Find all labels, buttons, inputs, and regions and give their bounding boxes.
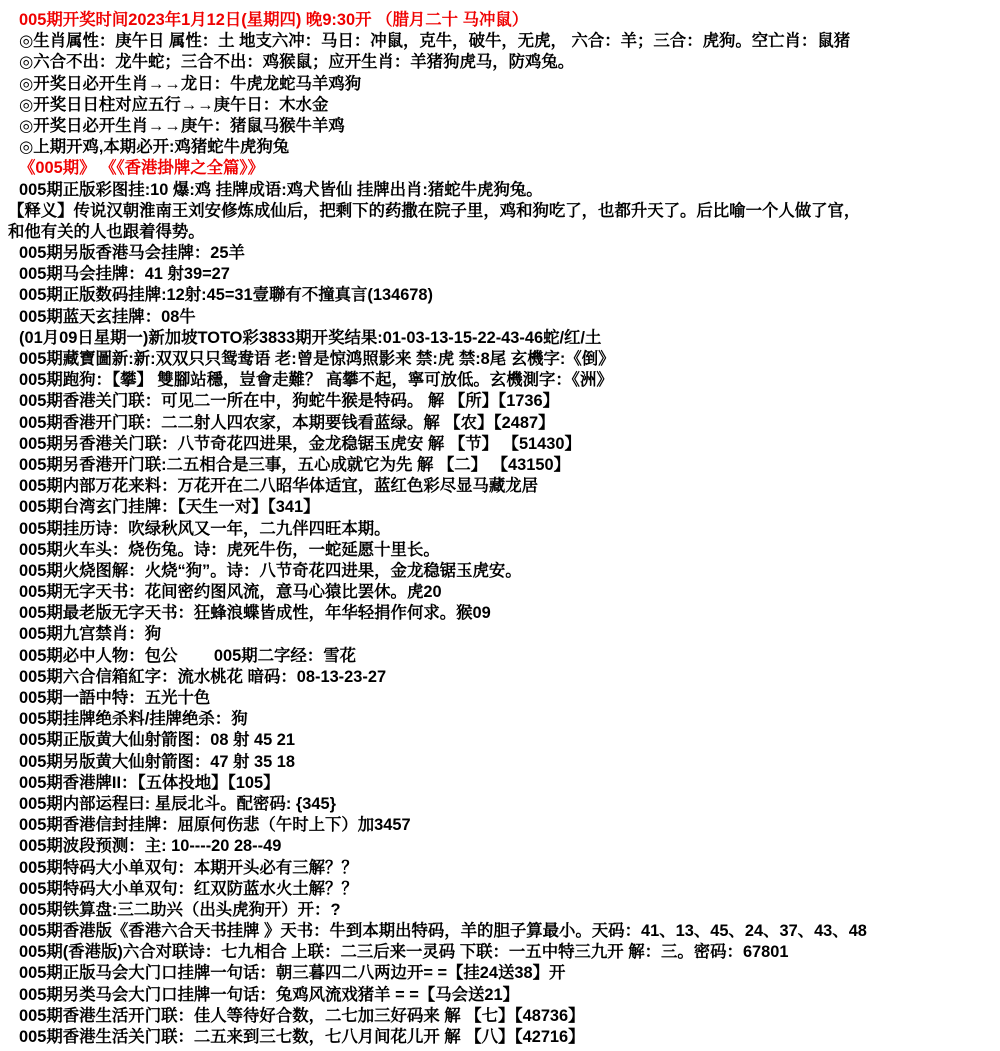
text-line: 005期正版彩图挂:10 爆:鸡 挂牌成语:鸡犬皆仙 挂牌出肖:猪蛇牛虎狗兔。: [19, 180, 1000, 201]
text-content: 005期开奖时间2023年1月12日(星期四) 晚9:30开 （腊月二十 马冲鼠…: [19, 10, 1000, 1048]
text-line: 005期跑狗：【攀】 雙腳站穩，豈會走難？ 高攀不起，寧可放低。玄機測字：《洲》: [19, 370, 1000, 391]
text-line: 005期挂牌绝杀料/挂牌绝杀：狗: [19, 709, 1000, 730]
text-line: ◎六合不出：龙牛蛇；三合不出：鸡猴鼠；应开生肖：羊猪狗虎马，防鸡兔。: [19, 52, 1000, 73]
heading-line: 《005期》 《《香港掛牌之全篇》》: [19, 158, 1000, 179]
text-line: 005期特码大小单双句：红双防蓝水火土解？？: [19, 879, 1000, 900]
text-line: 005期必中人物：包公 005期二字经：雪花: [19, 646, 1000, 667]
text-line: 005期无字天书：花间密约图风流，意马心猿比罢休。虎20: [19, 582, 1000, 603]
text-line: 005期正版马会大门口挂牌一句话：朝三暮四二八两边开= =【挂24送38】开: [19, 963, 1000, 984]
text-line: 005期蓝天玄挂牌：08牛: [19, 307, 1000, 328]
text-line: ◎开奖日日柱对应五行→→庚午日：木水金: [19, 95, 1000, 116]
text-line: 005期波段预测：主: 10----20 28--49: [19, 836, 1000, 857]
text-line: 005期九宫禁肖：狗: [19, 624, 1000, 645]
text-line: 005期香港生活关门联：二五来到三七数，七八月间花儿开 解 【八】【42716】: [19, 1027, 1000, 1048]
text-line: 005期另版黄大仙射箭图：47 射 35 18: [19, 752, 1000, 773]
text-line: ◎开奖日必开生肖→→龙日：牛虎龙蛇马羊鸡狗: [19, 74, 1000, 95]
text-line: 005期香港开门联：二二射人四农家，本期要钱看蓝绿。解 【农】【2487】: [19, 413, 1000, 434]
text-line: 005期六合信箱紅字：流水桃花 暗码：08-13-23-27: [19, 667, 1000, 688]
text-line: ◎生肖属性：庚午日 属性：土 地支六冲：马日：冲鼠，克牛，破牛，无虎， 六合：羊…: [19, 31, 1000, 52]
text-line: 005期火车头：烧伤兔。诗：虎死牛伤，一蛇延愿十里长。: [19, 540, 1000, 561]
text-line: 005期马会挂牌：41 射39=27: [19, 264, 1000, 285]
heading-line: 005期开奖时间2023年1月12日(星期四) 晚9:30开 （腊月二十 马冲鼠…: [19, 10, 1000, 31]
text-line: 005期香港牌II：【五体投地】【105】: [19, 773, 1000, 794]
text-line: 005期香港关门联：可见二一所在中，狗蛇牛猴是特码。 解 【所】【1736】: [19, 391, 1000, 412]
text-line: 005期香港版《香港六合天书挂牌 》天书：牛到本期出特码，羊的胆子算最小。天码：…: [19, 921, 1000, 942]
text-line: 005期另版香港马会挂牌：25羊: [19, 243, 1000, 264]
text-line: 005期另类马会大门口挂牌一句话：兔鸡风流戏猪羊 = =【马会送21】: [19, 985, 1000, 1006]
text-line: 005期一語中特：五光十色: [19, 688, 1000, 709]
text-line: 005期铁算盘:三二助兴（出头虎狗开）开：?: [19, 900, 1000, 921]
text-line: 005期香港信封挂牌：屈原何伤悲（午时上下）加3457: [19, 815, 1000, 836]
text-line: 005期另香港关门联：八节奇花四进果，金龙稳锯玉虎安 解 【节】 【51430】: [19, 434, 1000, 455]
text-line: 和他有关的人也跟着得势。: [8, 222, 1000, 243]
text-line: 005期香港生活开门联：佳人等待好合数，二七加三好码来 解 【七】【48736】: [19, 1006, 1000, 1027]
text-line: 005期另香港开门联:二五相合是三事，五心成就它为先 解 【二】 【43150】: [19, 455, 1000, 476]
text-line: 005期内部运程曰: 星辰北斗。配密码: {345}: [19, 794, 1000, 815]
text-line: ◎开奖日必开生肖→→庚午：猪鼠马猴牛羊鸡: [19, 116, 1000, 137]
text-line: (01月09日星期一)新加坡TOTO彩3833期开奖结果:01-03-13-15…: [19, 328, 1000, 349]
text-line: 005期正版黄大仙射箭图：08 射 45 21: [19, 730, 1000, 751]
text-line: 005期挂历诗：吹绿秋风又一年，二九伴四旺本期。: [19, 519, 1000, 540]
text-line: 005期藏寶圖新:新:双双只只鸳鸯语 老:曾是惊鸿照影来 禁:虎 禁:8尾 玄機…: [19, 349, 1000, 370]
lottery-tips-page: 005期开奖时间2023年1月12日(星期四) 晚9:30开 （腊月二十 马冲鼠…: [0, 0, 1000, 1051]
text-line: 【释义】传说汉朝淮南王刘安修炼成仙后，把剩下的药撒在院子里，鸡和狗吃了，也都升天…: [8, 201, 1000, 222]
text-line: 005期火烧图解：火烧“狗”。诗：八节奇花四进果，金龙稳锯玉虎安。: [19, 561, 1000, 582]
text-line: 005期内部万花来料：万花开在二八昭华体适宜，蓝红色彩尽显马藏龙居: [19, 476, 1000, 497]
text-line: 005期台湾玄门挂牌：【天生一对】【341】: [19, 497, 1000, 518]
text-line: 005期正版数码挂牌:12射:45=31壹聯有不撞真言(134678): [19, 285, 1000, 306]
text-line: ◎上期开鸡,本期必开:鸡猪蛇牛虎狗兔: [19, 137, 1000, 158]
text-line: 005期最老版无字天书：狂蜂浪蝶皆成性，年华轻捐作何求。猴09: [19, 603, 1000, 624]
text-line: 005期特码大小单双句：本期开头必有三解？？: [19, 858, 1000, 879]
text-line: 005期(香港版)六合对联诗：七九相合 上联：二三后来一灵码 下联：一五中特三九…: [19, 942, 1000, 963]
